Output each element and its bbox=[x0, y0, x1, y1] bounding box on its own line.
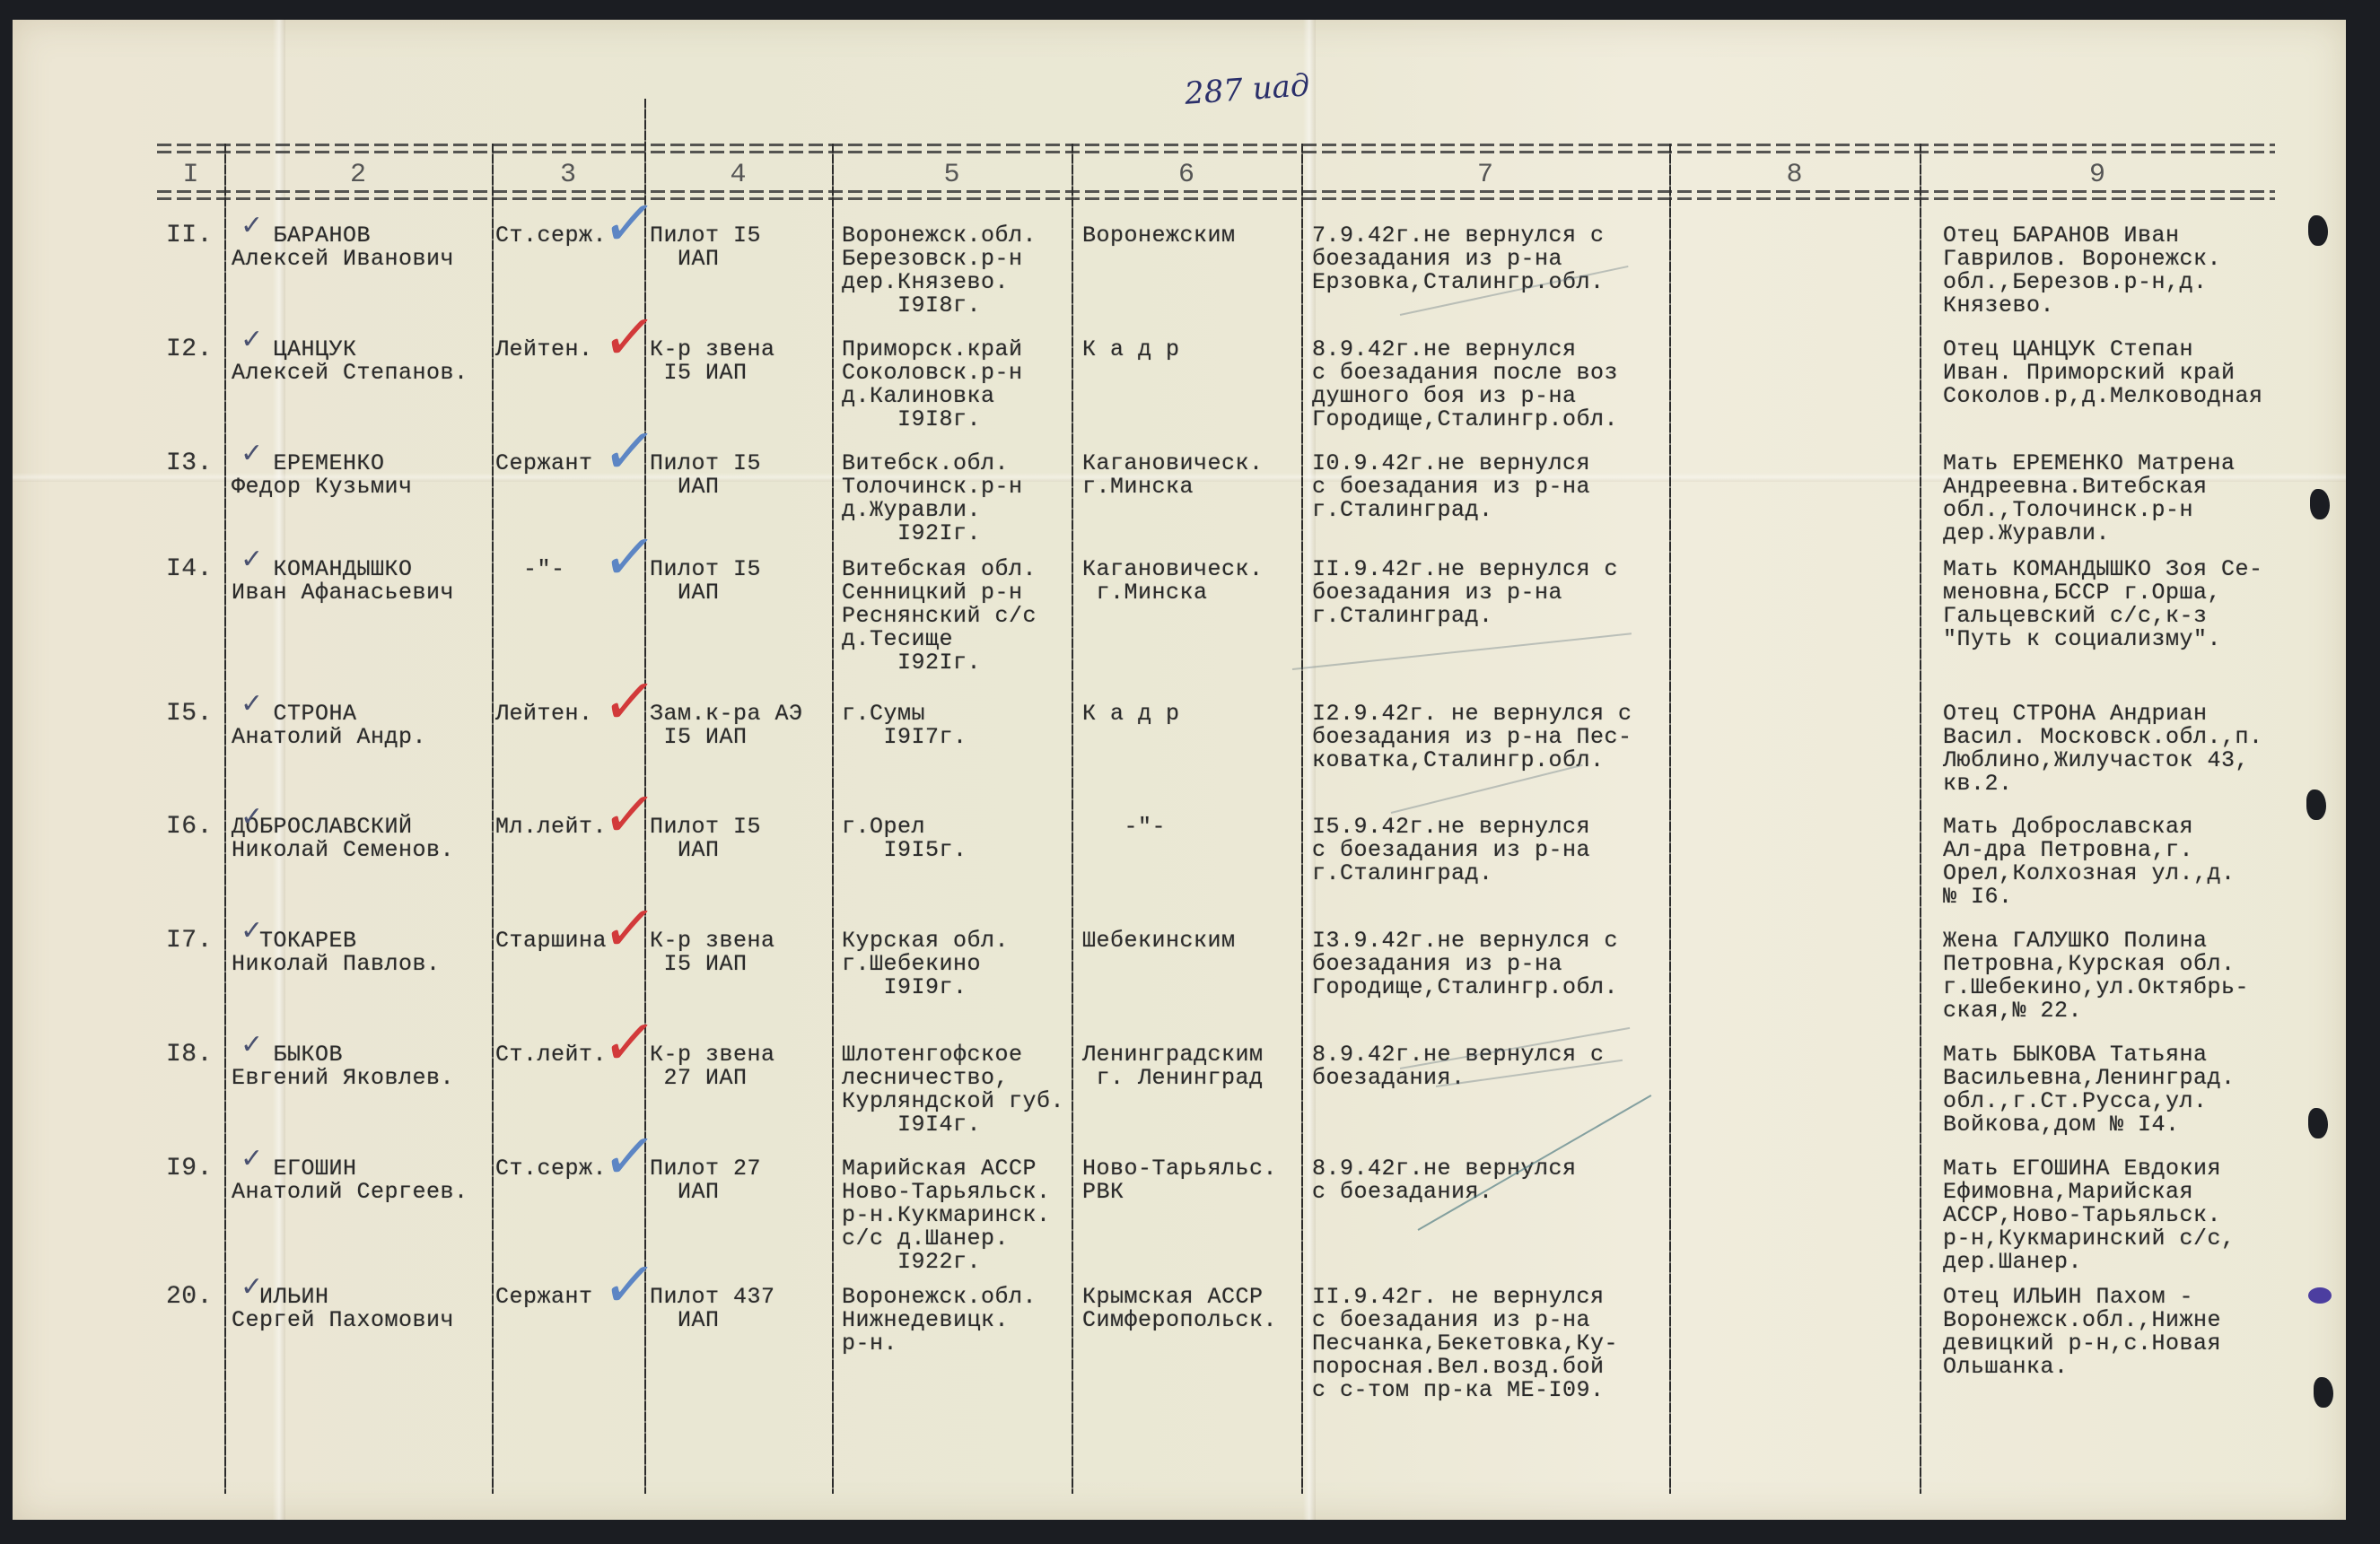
pencil-check-icon: ✓ bbox=[241, 1143, 263, 1174]
binder-hole bbox=[2308, 1108, 2328, 1138]
draft-office: К а д р bbox=[1082, 338, 1180, 362]
binder-hole bbox=[2314, 1377, 2333, 1408]
blue-check-mark-icon: ✓ bbox=[599, 192, 660, 255]
birthplace-year: Курская обл. г.Шебекино I9I9г. bbox=[842, 929, 1009, 999]
loss-circumstances: I0.9.42г.не вернулся с боезадания из р-н… bbox=[1312, 452, 1590, 522]
full-name: ЦАНЦУК Алексей Степанов. bbox=[232, 338, 468, 385]
position: Пилот I5 ИАП bbox=[650, 224, 761, 271]
full-name: БАРАНОВ Алексей Иванович bbox=[232, 224, 454, 271]
binder-hole bbox=[2306, 789, 2326, 820]
full-name: БЫКОВ Евгений Яковлев. bbox=[232, 1043, 454, 1090]
column-number-1: I bbox=[146, 160, 236, 190]
draft-office: Шебекинским bbox=[1082, 929, 1236, 953]
next-of-kin: Мать Доброславская Ал-дра Петровна,г. Ор… bbox=[1943, 816, 2236, 909]
column-divider bbox=[1072, 144, 1073, 1494]
birthplace-year: Витебск.обл. Толочинск.р-н д.Журавли. I9… bbox=[842, 452, 1023, 545]
pencil-check-icon: ✓ bbox=[241, 1271, 263, 1303]
birthplace-year: Воронежск.обл. Нижнедевицк. р-н. bbox=[842, 1286, 1037, 1356]
draft-office: К а д р bbox=[1082, 702, 1180, 726]
loss-circumstances: I2.9.42г. не вернулся с боезадания из р-… bbox=[1312, 702, 1632, 772]
next-of-kin: Жена ГАЛУШКО Полина Петровна,Курская обл… bbox=[1943, 929, 2249, 1023]
red-check-mark-icon: ✓ bbox=[599, 783, 660, 846]
pencil-check-icon: ✓ bbox=[241, 915, 263, 946]
red-check-mark-icon: ✓ bbox=[599, 306, 660, 369]
row-number: II. bbox=[166, 224, 213, 248]
draft-office: Ленинградским г. Ленинград bbox=[1082, 1043, 1264, 1090]
position: К-р звена 27 ИАП bbox=[650, 1043, 775, 1090]
next-of-kin: Отец ЦАНЦУК Степан Иван. Приморский край… bbox=[1943, 338, 2263, 408]
position: Пилот I5 ИАП bbox=[650, 558, 761, 605]
military-rank: Лейтен. bbox=[495, 702, 593, 726]
position: К-р звена I5 ИАП bbox=[650, 929, 775, 976]
row-number: I2. bbox=[166, 338, 213, 362]
pencil-check-icon: ✓ bbox=[241, 801, 263, 833]
blue-check-mark-icon: ✓ bbox=[599, 1253, 660, 1316]
next-of-kin: Отец БАРАНОВ Иван Гаврилов. Воронежск. о… bbox=[1943, 224, 2221, 318]
ink-spot bbox=[2308, 1287, 2332, 1304]
position: К-р звена I5 ИАП bbox=[650, 338, 775, 385]
column-divider bbox=[224, 144, 226, 1494]
full-name: ЕГОШИН Анатолий Сергеев. bbox=[232, 1157, 468, 1204]
position: Пилот I5 ИАП bbox=[650, 452, 761, 499]
row-number: I6. bbox=[166, 816, 213, 839]
next-of-kin: Отец ИЛЬИН Пахом - Воронежск.обл.,Нижне … bbox=[1943, 1286, 2221, 1379]
full-name: КОМАНДЫШКО Иван Афанасьевич bbox=[232, 558, 454, 605]
military-rank: Лейтен. bbox=[495, 338, 593, 362]
row-number: I7. bbox=[166, 929, 213, 953]
loss-circumstances: I5.9.42г.не вернулся с боезадания из р-н… bbox=[1312, 816, 1590, 885]
column-number-5: 5 bbox=[907, 160, 997, 190]
military-rank: Ст.лейт. bbox=[495, 1043, 607, 1067]
column-divider bbox=[492, 144, 494, 1494]
position: Пилот I5 ИАП bbox=[650, 816, 761, 862]
row-number: 20. bbox=[166, 1286, 213, 1309]
column-divider bbox=[1301, 144, 1303, 1494]
draft-office: Крымская АССР Симферопольск. bbox=[1082, 1286, 1277, 1332]
position: Пилот 27 ИАП bbox=[650, 1157, 761, 1204]
pencil-check-icon: ✓ bbox=[241, 210, 263, 241]
column-number-8: 8 bbox=[1750, 160, 1840, 190]
red-check-mark-icon: ✓ bbox=[599, 897, 660, 960]
birthplace-year: Приморск.край Соколовск.р-н д.Калиновка … bbox=[842, 338, 1023, 432]
birthplace-year: г.Орел I9I5г. bbox=[842, 816, 967, 862]
column-divider bbox=[1669, 144, 1671, 1494]
column-number-3: 3 bbox=[523, 160, 613, 190]
column-number-2: 2 bbox=[313, 160, 403, 190]
column-divider bbox=[1920, 144, 1921, 1494]
pencil-check-icon: ✓ bbox=[241, 688, 263, 720]
loss-circumstances: 7.9.42г.не вернулся с боезадания из р-на… bbox=[1312, 224, 1605, 294]
header-rule-top bbox=[157, 144, 2275, 146]
birthplace-year: Марийская АССР Ново-Тарьяльск. р-н.Кукма… bbox=[842, 1157, 1051, 1274]
military-rank: Сержант bbox=[495, 1286, 593, 1309]
pencil-check-icon: ✓ bbox=[241, 1029, 263, 1060]
column-number-6: 6 bbox=[1142, 160, 1231, 190]
header-rule-top-2 bbox=[157, 151, 2275, 153]
pencil-check-icon: ✓ bbox=[241, 438, 263, 469]
birthplace-year: Воронежск.обл. Березовск.р-н дер.Князево… bbox=[842, 224, 1037, 318]
row-number: I5. bbox=[166, 702, 213, 726]
full-name: ДОБРОСЛАВСКИЙ Николай Семенов. bbox=[232, 816, 454, 862]
loss-circumstances: II.9.42г. не вернулся с боезадания из р-… bbox=[1312, 1286, 1618, 1402]
row-number: I4. bbox=[166, 558, 213, 581]
row-number: I3. bbox=[166, 452, 213, 475]
loss-circumstances: 8.9.42г.не вернулся с боезадания после в… bbox=[1312, 338, 1618, 432]
draft-office: Воронежским bbox=[1082, 224, 1236, 248]
military-rank: Сержант bbox=[495, 452, 593, 475]
red-check-mark-icon: ✓ bbox=[599, 1011, 660, 1074]
draft-office: -"- bbox=[1082, 816, 1166, 839]
column-number-4: 4 bbox=[694, 160, 783, 190]
full-name: ИЛЬИН Сергей Пахомович bbox=[232, 1286, 454, 1332]
military-rank: Ст.серж. bbox=[495, 224, 607, 248]
row-number: I8. bbox=[166, 1043, 213, 1067]
position: Зам.к-ра АЭ I5 ИАП bbox=[650, 702, 803, 749]
birthplace-year: г.Сумы I9I7г. bbox=[842, 702, 967, 749]
row-number: I9. bbox=[166, 1157, 213, 1181]
military-rank: -"- bbox=[495, 558, 565, 581]
binder-hole bbox=[2310, 489, 2330, 519]
pencil-check-icon: ✓ bbox=[241, 324, 263, 355]
header-rule-bottom bbox=[157, 190, 2275, 193]
next-of-kin: Отец СТРОНА Андриан Васил. Московск.обл.… bbox=[1943, 702, 2263, 796]
column-divider bbox=[832, 144, 834, 1494]
binder-hole bbox=[2308, 215, 2328, 246]
column-number-9: 9 bbox=[2052, 160, 2142, 190]
blue-check-mark-icon: ✓ bbox=[599, 420, 660, 483]
next-of-kin: Мать КОМАНДЫШКО Зоя Се- меновна,БССР г.О… bbox=[1943, 558, 2263, 651]
next-of-kin: Мать ЕГОШИНА Евдокия Ефимовна,Марийская … bbox=[1943, 1157, 2236, 1274]
loss-circumstances: II.9.42г.не вернулся с боезадания из р-н… bbox=[1312, 558, 1618, 628]
pencil-check-icon: ✓ bbox=[241, 544, 263, 575]
loss-circumstances: I3.9.42г.не вернулся с боезадания из р-н… bbox=[1312, 929, 1618, 999]
military-rank: Мл.лейт. bbox=[495, 816, 607, 839]
position: Пилот 437 ИАП bbox=[650, 1286, 775, 1332]
birthplace-year: Шлотенгофское лесничество, Курляндской г… bbox=[842, 1043, 1064, 1137]
blue-check-mark-icon: ✓ bbox=[599, 1125, 660, 1188]
draft-office: Кагановическ. г.Минска bbox=[1082, 452, 1264, 499]
blue-check-mark-icon: ✓ bbox=[599, 526, 660, 589]
loss-circumstances: 8.9.42г.не вернулся с боезадания. bbox=[1312, 1157, 1577, 1204]
military-rank: Ст.серж. bbox=[495, 1157, 607, 1181]
header-rule-bottom-2 bbox=[157, 197, 2275, 200]
draft-office: Кагановическ. г.Минска bbox=[1082, 558, 1264, 605]
red-check-mark-icon: ✓ bbox=[599, 670, 660, 733]
draft-office: Ново-Тарьяльс. РВК bbox=[1082, 1157, 1277, 1204]
birthplace-year: Витебская обл. Сенницкий р-н Реснянский … bbox=[842, 558, 1037, 675]
next-of-kin: Мать БЫКОВА Татьяна Васильевна,Ленинград… bbox=[1943, 1043, 2236, 1137]
next-of-kin: Мать ЕРЕМЕНКО Матрена Андреевна.Витебска… bbox=[1943, 452, 2236, 545]
column-number-7: 7 bbox=[1440, 160, 1530, 190]
military-rank: Старшина bbox=[495, 929, 607, 953]
